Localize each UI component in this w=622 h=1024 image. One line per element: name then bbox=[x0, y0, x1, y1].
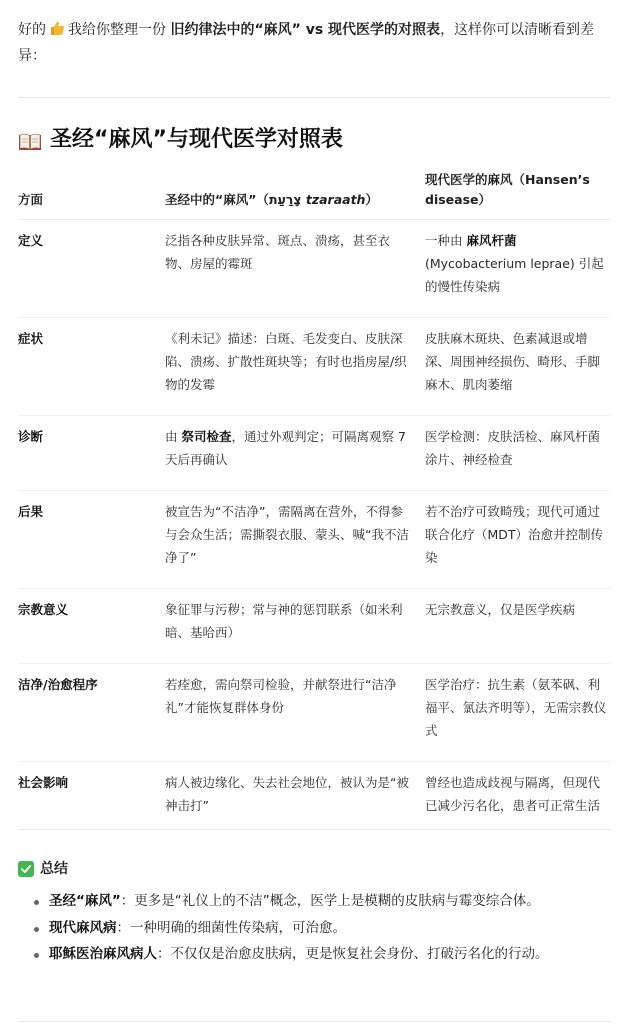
table-row: 社会影响 病人被边缘化、失去社会地位，被认为是“被神击打” 曾经也造成歧视与隔离… bbox=[18, 762, 610, 837]
cell-bible: 病人被边缘化、失去社会地位，被认为是“被神击打” bbox=[165, 762, 425, 837]
header-bible-hebrew: צָרַעַת bbox=[269, 192, 302, 207]
list-item-bold: 耶稣医治麻风病人 bbox=[49, 946, 157, 962]
cell-bible: 象征罪与污秽；常与神的惩罚联系（如米利暗、基哈西） bbox=[165, 589, 425, 664]
table-row: 症状 《利未记》描述：白斑、毛发变白、皮肤深陷、溃疡、扩散性斑块等；有时也指房屋… bbox=[18, 318, 610, 416]
cell-modern: 一种由 麻风杆菌 (Mycobacterium leprae) 引起的慢性传染病 bbox=[425, 220, 610, 318]
header-modern: 现代医学的麻风（Hansen’s disease） bbox=[425, 164, 610, 220]
header-bible-suffix: ） bbox=[365, 192, 378, 207]
divider bbox=[18, 1021, 610, 1022]
list-item-text: ：更多是“礼仪上的不洁”概念，医学上是模糊的皮肤病与霉变综合体。 bbox=[121, 893, 540, 909]
summary-heading: 总结 bbox=[18, 858, 68, 880]
list-item: 现代麻风病：一种明确的细菌性传染病，可治愈。 bbox=[32, 915, 610, 942]
table-row: 诊断 由 祭司检查，通过外观判定；可隔离观察 7 天后再确认 医学检测：皮肤活检… bbox=[18, 416, 610, 491]
cell-bible: 若痊愈，需向祭司检验，并献祭进行“洁净礼”才能恢复群体身份 bbox=[165, 664, 425, 762]
cell-modern-suffix: (Mycobacterium leprae) 引起的慢性传染病 bbox=[425, 256, 604, 294]
cell-aspect: 定义 bbox=[18, 220, 165, 318]
cell-aspect: 洁净/治愈程序 bbox=[18, 664, 165, 762]
list-item-bold: 现代麻风病 bbox=[49, 920, 117, 936]
cell-modern-bold: 麻风杆菌 bbox=[466, 233, 516, 248]
cell-aspect: 症状 bbox=[18, 318, 165, 416]
divider bbox=[18, 829, 610, 830]
cell-aspect: 后果 bbox=[18, 491, 165, 589]
cell-bible-prefix: 由 bbox=[165, 429, 181, 444]
list-item-text: ：不仅仅是治愈皮肤病，更是恢复社会身份、打破污名化的行动。 bbox=[157, 946, 549, 962]
cell-modern: 曾经也造成歧视与隔离，但现代已减少污名化，患者可正常生活 bbox=[425, 762, 610, 837]
cell-modern: 若不治疗可致畸残；现代可通过联合化疗（MDT）治愈并控制传染 bbox=[425, 491, 610, 589]
thumbs-up-icon bbox=[49, 19, 65, 35]
summary-title: 总结 bbox=[40, 858, 68, 880]
open-book-icon bbox=[18, 130, 42, 150]
section-title: 圣经“麻风”与现代医学对照表 bbox=[50, 124, 343, 156]
cell-modern: 医学治疗：抗生素（氨苯砜、利福平、氯法齐明等），无需宗教仪式 bbox=[425, 664, 610, 762]
cell-bible: 《利未记》描述：白斑、毛发变白、皮肤深陷、溃疡、扩散性斑块等；有时也指房屋/织物… bbox=[165, 318, 425, 416]
cell-modern-prefix: 一种由 bbox=[425, 233, 466, 248]
table-row: 洁净/治愈程序 若痊愈，需向祭司检验，并献祭进行“洁净礼”才能恢复群体身份 医学… bbox=[18, 664, 610, 762]
cell-aspect: 社会影响 bbox=[18, 762, 165, 837]
intro-middle: 我给你整理一份 bbox=[68, 22, 166, 38]
cell-modern: 医学检测：皮肤活检、麻风杆菌涂片、神经检查 bbox=[425, 416, 610, 491]
table-header-row: 方面 圣经中的“麻风”（צָרַעַת tzaraath） 现代医学的麻风（Ha… bbox=[18, 164, 610, 220]
cell-modern: 皮肤麻木斑块、色素减退或增深、周围神经损伤、畸形、手脚麻木、肌肉萎缩 bbox=[425, 318, 610, 416]
table-row: 宗教意义 象征罪与污秽；常与神的惩罚联系（如米利暗、基哈西） 无宗教意义，仅是医… bbox=[18, 589, 610, 664]
list-item-bold: 圣经“麻风” bbox=[49, 893, 121, 909]
list-item: 耶稣医治麻风病人：不仅仅是治愈皮肤病，更是恢复社会身份、打破污名化的行动。 bbox=[32, 941, 610, 968]
divider bbox=[18, 97, 610, 98]
intro-bold: 旧约律法中的“麻风” vs 现代医学的对照表 bbox=[170, 22, 440, 38]
header-bible-prefix: 圣经中的“麻风”（ bbox=[165, 192, 269, 207]
cell-modern: 无宗教意义，仅是医学疾病 bbox=[425, 589, 610, 664]
comparison-table: 方面 圣经中的“麻风”（צָרַעַת tzaraath） 现代医学的麻风（Ha… bbox=[18, 164, 610, 836]
cell-bible: 泛指各种皮肤异常、斑点、溃疡，甚至衣物、房屋的霉斑 bbox=[165, 220, 425, 318]
section-heading: 圣经“麻风”与现代医学对照表 bbox=[18, 124, 343, 156]
table-row: 定义 泛指各种皮肤异常、斑点、溃疡，甚至衣物、房屋的霉斑 一种由 麻风杆菌 (M… bbox=[18, 220, 610, 318]
list-item-text: ：一种明确的细菌性传染病，可治愈。 bbox=[117, 920, 347, 936]
intro-paragraph: 好的我给你整理一份 旧约律法中的“麻风” vs 现代医学的对照表，这样你可以清晰… bbox=[18, 17, 610, 69]
check-mark-icon bbox=[18, 861, 34, 877]
table-row: 后果 被宣告为“不洁净”，需隔离在营外，不得参与会众生活；需撕裂衣服、蒙头、喊“… bbox=[18, 491, 610, 589]
header-bible: 圣经中的“麻风”（צָרַעַת tzaraath） bbox=[165, 164, 425, 220]
list-item: 圣经“麻风”：更多是“礼仪上的不洁”概念，医学上是模糊的皮肤病与霉变综合体。 bbox=[32, 888, 610, 915]
header-bible-translit: tzaraath bbox=[306, 192, 366, 207]
intro-prefix: 好的 bbox=[18, 22, 46, 38]
header-aspect: 方面 bbox=[18, 164, 165, 220]
cell-aspect: 诊断 bbox=[18, 416, 165, 491]
cell-bible: 被宣告为“不洁净”，需隔离在营外，不得参与会众生活；需撕裂衣服、蒙头、喊“我不洁… bbox=[165, 491, 425, 589]
summary-list: 圣经“麻风”：更多是“礼仪上的不洁”概念，医学上是模糊的皮肤病与霉变综合体。 现… bbox=[32, 888, 610, 968]
cell-bible-bold: 祭司检查 bbox=[181, 429, 231, 444]
cell-bible: 由 祭司检查，通过外观判定；可隔离观察 7 天后再确认 bbox=[165, 416, 425, 491]
cell-aspect: 宗教意义 bbox=[18, 589, 165, 664]
